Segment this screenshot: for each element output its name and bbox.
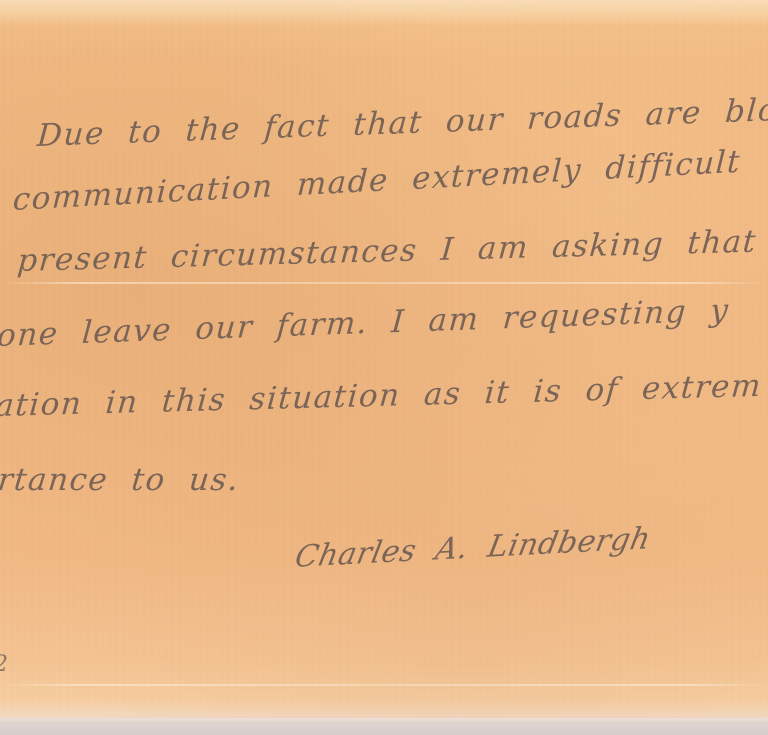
paper-fold-line — [0, 684, 768, 686]
letter-line-6: rtance to us. — [0, 462, 241, 498]
margin-page-mark: 2 — [0, 652, 10, 677]
letter-line-2: communication made extremely difficult — [12, 144, 742, 218]
signature: Charles A. Lindbergh — [292, 521, 654, 575]
letter-line-1: Due to the fact that our roads are bloc — [36, 91, 768, 154]
paper-bottom-edge — [0, 718, 768, 735]
letter-line-5: ation in this situation as it is of extr… — [0, 368, 763, 424]
paper-fold-line — [0, 282, 768, 284]
letter-page: Due to the fact that our roads are bloc … — [0, 0, 768, 735]
letter-line-3: present circumstances I am asking that — [16, 224, 758, 279]
letter-line-4: one leave our farm. I am requesting y — [0, 292, 731, 354]
